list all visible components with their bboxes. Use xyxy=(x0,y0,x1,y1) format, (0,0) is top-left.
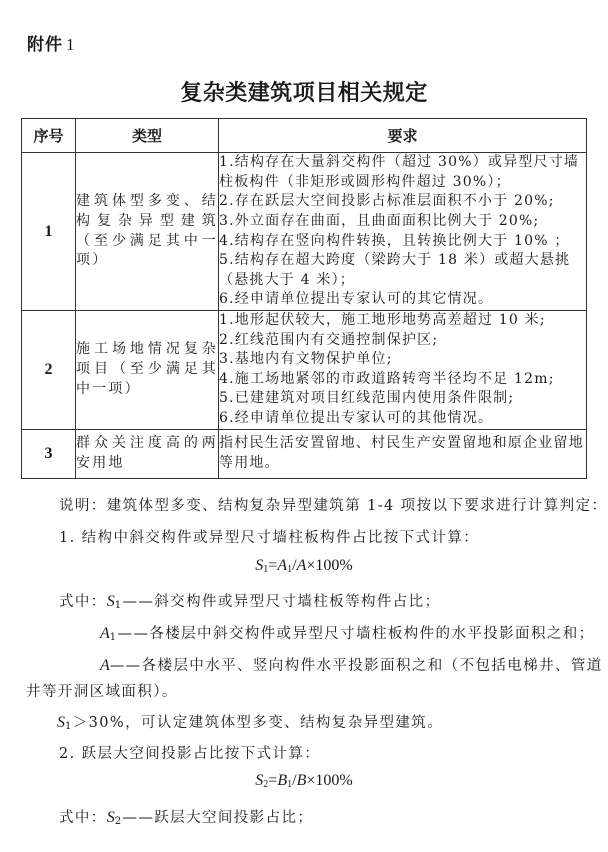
requirement-item: 4.结构存在竖向构件转换，且转换比例大于 10% ； xyxy=(219,232,586,252)
requirement-item: 4.施工场地紧邻的市政道路转弯半径均不足 12m; xyxy=(219,370,586,390)
formula-symbol: B xyxy=(277,772,287,789)
item2-heading: 2. 跃层大空间投影占比按下式计算： xyxy=(59,742,320,763)
definition-text: ——各楼层中斜交构件或异型尺寸墙柱板构件的水平投影面积之和； xyxy=(118,626,595,642)
definition-symbol: S xyxy=(107,593,115,610)
definition-subscript: 1 xyxy=(110,632,118,643)
criterion-text: ＞30%，可认定建筑体型多变、结构复杂异型建筑。 xyxy=(73,715,443,731)
row-number: 2 xyxy=(22,311,76,430)
row-requirements: 指村民生活安置留地、村民生产安置留地和原企业留地等用地。 xyxy=(219,429,587,478)
formula-s1: S1=A1/A×100% xyxy=(0,557,608,575)
formula-symbol: B xyxy=(297,772,307,789)
table-row: 1 建筑体型多变、结构复杂异型建筑（至少满足其中一项） 1.结构存在大量斜交构件… xyxy=(22,153,587,311)
requirement-item: 1.地形起伏较大，施工地形地势高差超过 10 米; xyxy=(219,311,586,331)
document-title: 复杂类建筑项目相关规定 xyxy=(0,76,608,107)
requirement-item: 3.基地内有文物保护单位; xyxy=(219,350,586,370)
requirement-item: 5.已建建筑对项目红线范围内使用条件限制; xyxy=(219,389,586,409)
definition-text: ——斜交构件或异型尺寸墙柱板等构件占比； xyxy=(122,594,440,610)
header-number: 序号 xyxy=(22,119,76,153)
requirement-item: 指村民生活安置留地、村民生产安置留地和原企业留地等用地。 xyxy=(219,434,586,473)
table-row: 2 施工场地情况复杂项目（至少满足其中一项） 1.地形起伏较大，施工地形地势高差… xyxy=(22,311,587,430)
attachment-label-text: 附件 xyxy=(27,35,63,55)
criterion-s1: S1＞30%，可认定建筑体型多变、结构复杂异型建筑。 xyxy=(57,711,443,732)
row-requirements: 1.地形起伏较大，施工地形地势高差超过 10 米; 2.红线范围内有交通控制保护… xyxy=(219,311,587,430)
formula-multiplier: ×100% xyxy=(306,557,352,574)
criterion-symbol: S xyxy=(57,714,65,731)
table-header-row: 序号 类型 要求 xyxy=(22,119,587,153)
criterion-subscript: 1 xyxy=(65,721,73,732)
row-type: 建筑体型多变、结构复杂异型建筑（至少满足其中一项） xyxy=(76,153,219,311)
where-label: 式中： xyxy=(59,810,107,826)
row-number: 1 xyxy=(22,153,76,311)
definition-symbol: A xyxy=(100,657,110,674)
attachment-number: 1 xyxy=(66,35,76,54)
formula-operator: = xyxy=(268,772,277,789)
row-requirements: 1.结构存在大量斜交构件（超过 30%）或异型尺寸墙柱板构件（非矩形或圆形构件超… xyxy=(219,153,587,311)
regulation-table: 序号 类型 要求 1 建筑体型多变、结构复杂异型建筑（至少满足其中一项） 1.结… xyxy=(21,118,587,479)
definition-s1: 式中：S1——斜交构件或异型尺寸墙柱板等构件占比； xyxy=(59,590,440,611)
definition-s2: 式中：S2——跃层大空间投影占比； xyxy=(59,806,313,827)
definition-a-continuation: 井等开洞区域面积）。 xyxy=(26,680,178,701)
header-type: 类型 xyxy=(76,119,219,153)
definition-symbol: A xyxy=(100,625,110,642)
requirement-item: 2.红线范围内有交通控制保护区; xyxy=(219,331,586,351)
attachment-label: 附件1 xyxy=(27,30,76,55)
header-requirements: 要求 xyxy=(219,119,587,153)
table-row: 3 群众关注度高的两安用地 指村民生活安置留地、村民生产安置留地和原企业留地等用… xyxy=(22,429,587,478)
notes-intro: 说明：建筑体型多变、结构复杂异型建筑第 1-4 项按以下要求进行计算判定： xyxy=(59,494,607,515)
definition-symbol: S xyxy=(107,809,115,826)
requirement-item: 1.结构存在大量斜交构件（超过 30%）或异型尺寸墙柱板构件（非矩形或圆形构件超… xyxy=(219,153,586,192)
where-label: 式中： xyxy=(59,594,107,610)
item1-heading: 1. 结构中斜交构件或异型尺寸墙柱板构件占比按下式计算： xyxy=(59,526,479,547)
definition-a: A——各楼层中水平、竖向构件水平投影面积之和（不包括电梯井、管道 xyxy=(100,654,603,675)
formula-s2: S2=B1/B×100% xyxy=(0,772,608,790)
formula-multiplier: ×100% xyxy=(306,772,352,789)
requirement-item: 6.经申请单位提出专家认可的其它情况。 xyxy=(219,290,586,310)
row-type: 施工场地情况复杂项目（至少满足其中一项） xyxy=(76,311,219,430)
requirement-item: 5.结构存在超大跨度（梁跨大于 18 米）或超大悬挑（悬挑大于 4 米）； xyxy=(219,251,586,290)
formula-symbol: A xyxy=(297,557,307,574)
requirement-item: 3.外立面存在曲面，且曲面面积比例大于 20%; xyxy=(219,212,586,232)
formula-operator: = xyxy=(268,557,277,574)
formula-symbol: A xyxy=(277,557,287,574)
definition-text: ——跃层大空间投影占比； xyxy=(122,810,313,826)
definition-a1: A1——各楼层中斜交构件或异型尺寸墙柱板构件的水平投影面积之和； xyxy=(100,622,595,643)
row-number: 3 xyxy=(22,429,76,478)
row-type: 群众关注度高的两安用地 xyxy=(76,429,219,478)
definition-text: ——各楼层中水平、竖向构件水平投影面积之和（不包括电梯井、管道 xyxy=(110,658,603,674)
requirement-item: 6.经申请单位提出专家认可的其他情况。 xyxy=(219,409,586,429)
requirement-item: 2.存在跃层大空间投影占标准层面积不小于 20%; xyxy=(219,192,586,212)
